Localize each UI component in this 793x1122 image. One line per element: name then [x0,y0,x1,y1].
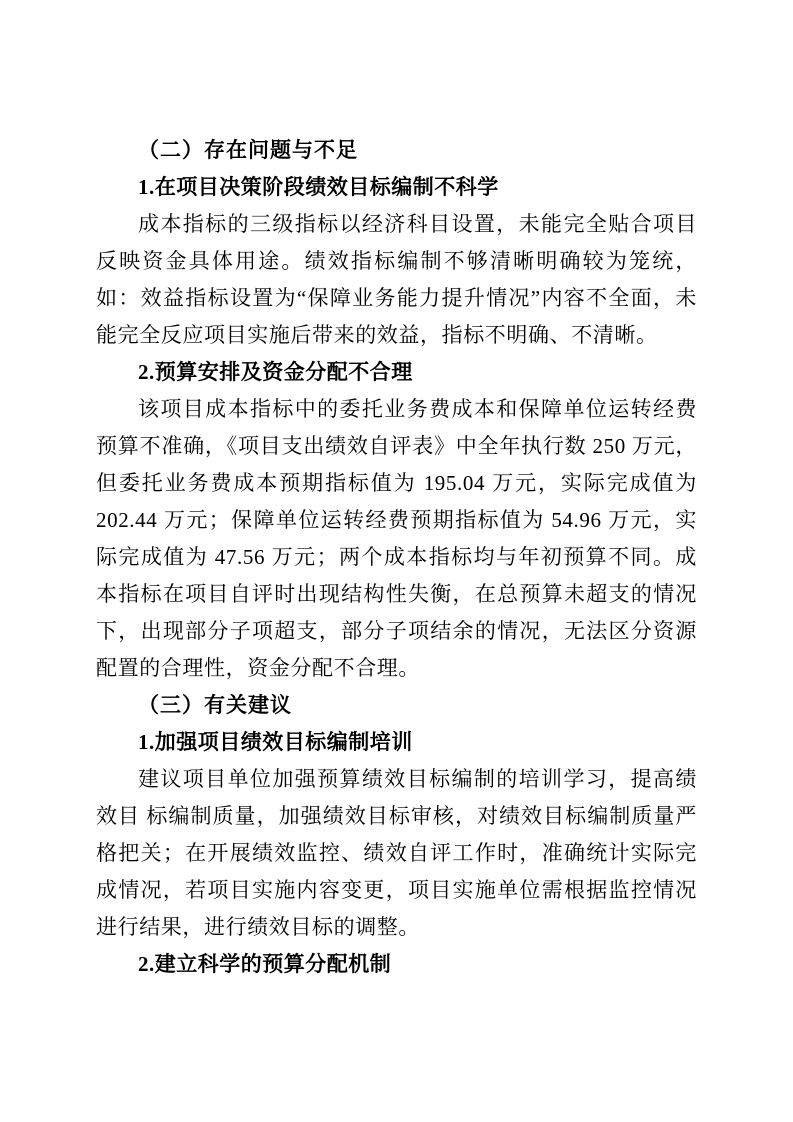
subheading-problem-2: 2.预算安排及资金分配不合理 [96,354,697,391]
subheading-suggestion-2: 2.建立科学的预算分配机制 [96,946,697,983]
paragraph-problem-1: 成本指标的三级指标以经济科目设置，未能完全贴合项目反映资金具体用途。绩效指标编制… [96,206,697,354]
paragraph-problem-2: 该项目成本指标中的委托业务费成本和保障单位运转经费预算不准确，《项目支出绩效自评… [96,391,697,687]
paragraph-suggestion-1: 建议项目单位加强预算绩效目标编制的培训学习，提高绩效目 标编制质量，加强绩效目标… [96,761,697,946]
section-heading-problems: （二）存在问题与不足 [96,132,697,169]
document-page: （二）存在问题与不足 1.在项目决策阶段绩效目标编制不科学 成本指标的三级指标以… [0,0,793,1122]
subheading-problem-1: 1.在项目决策阶段绩效目标编制不科学 [96,169,697,206]
section-heading-suggestions: （三）有关建议 [96,687,697,724]
subheading-suggestion-1: 1.加强项目绩效目标编制培训 [96,724,697,761]
document-content: （二）存在问题与不足 1.在项目决策阶段绩效目标编制不科学 成本指标的三级指标以… [0,0,793,1122]
